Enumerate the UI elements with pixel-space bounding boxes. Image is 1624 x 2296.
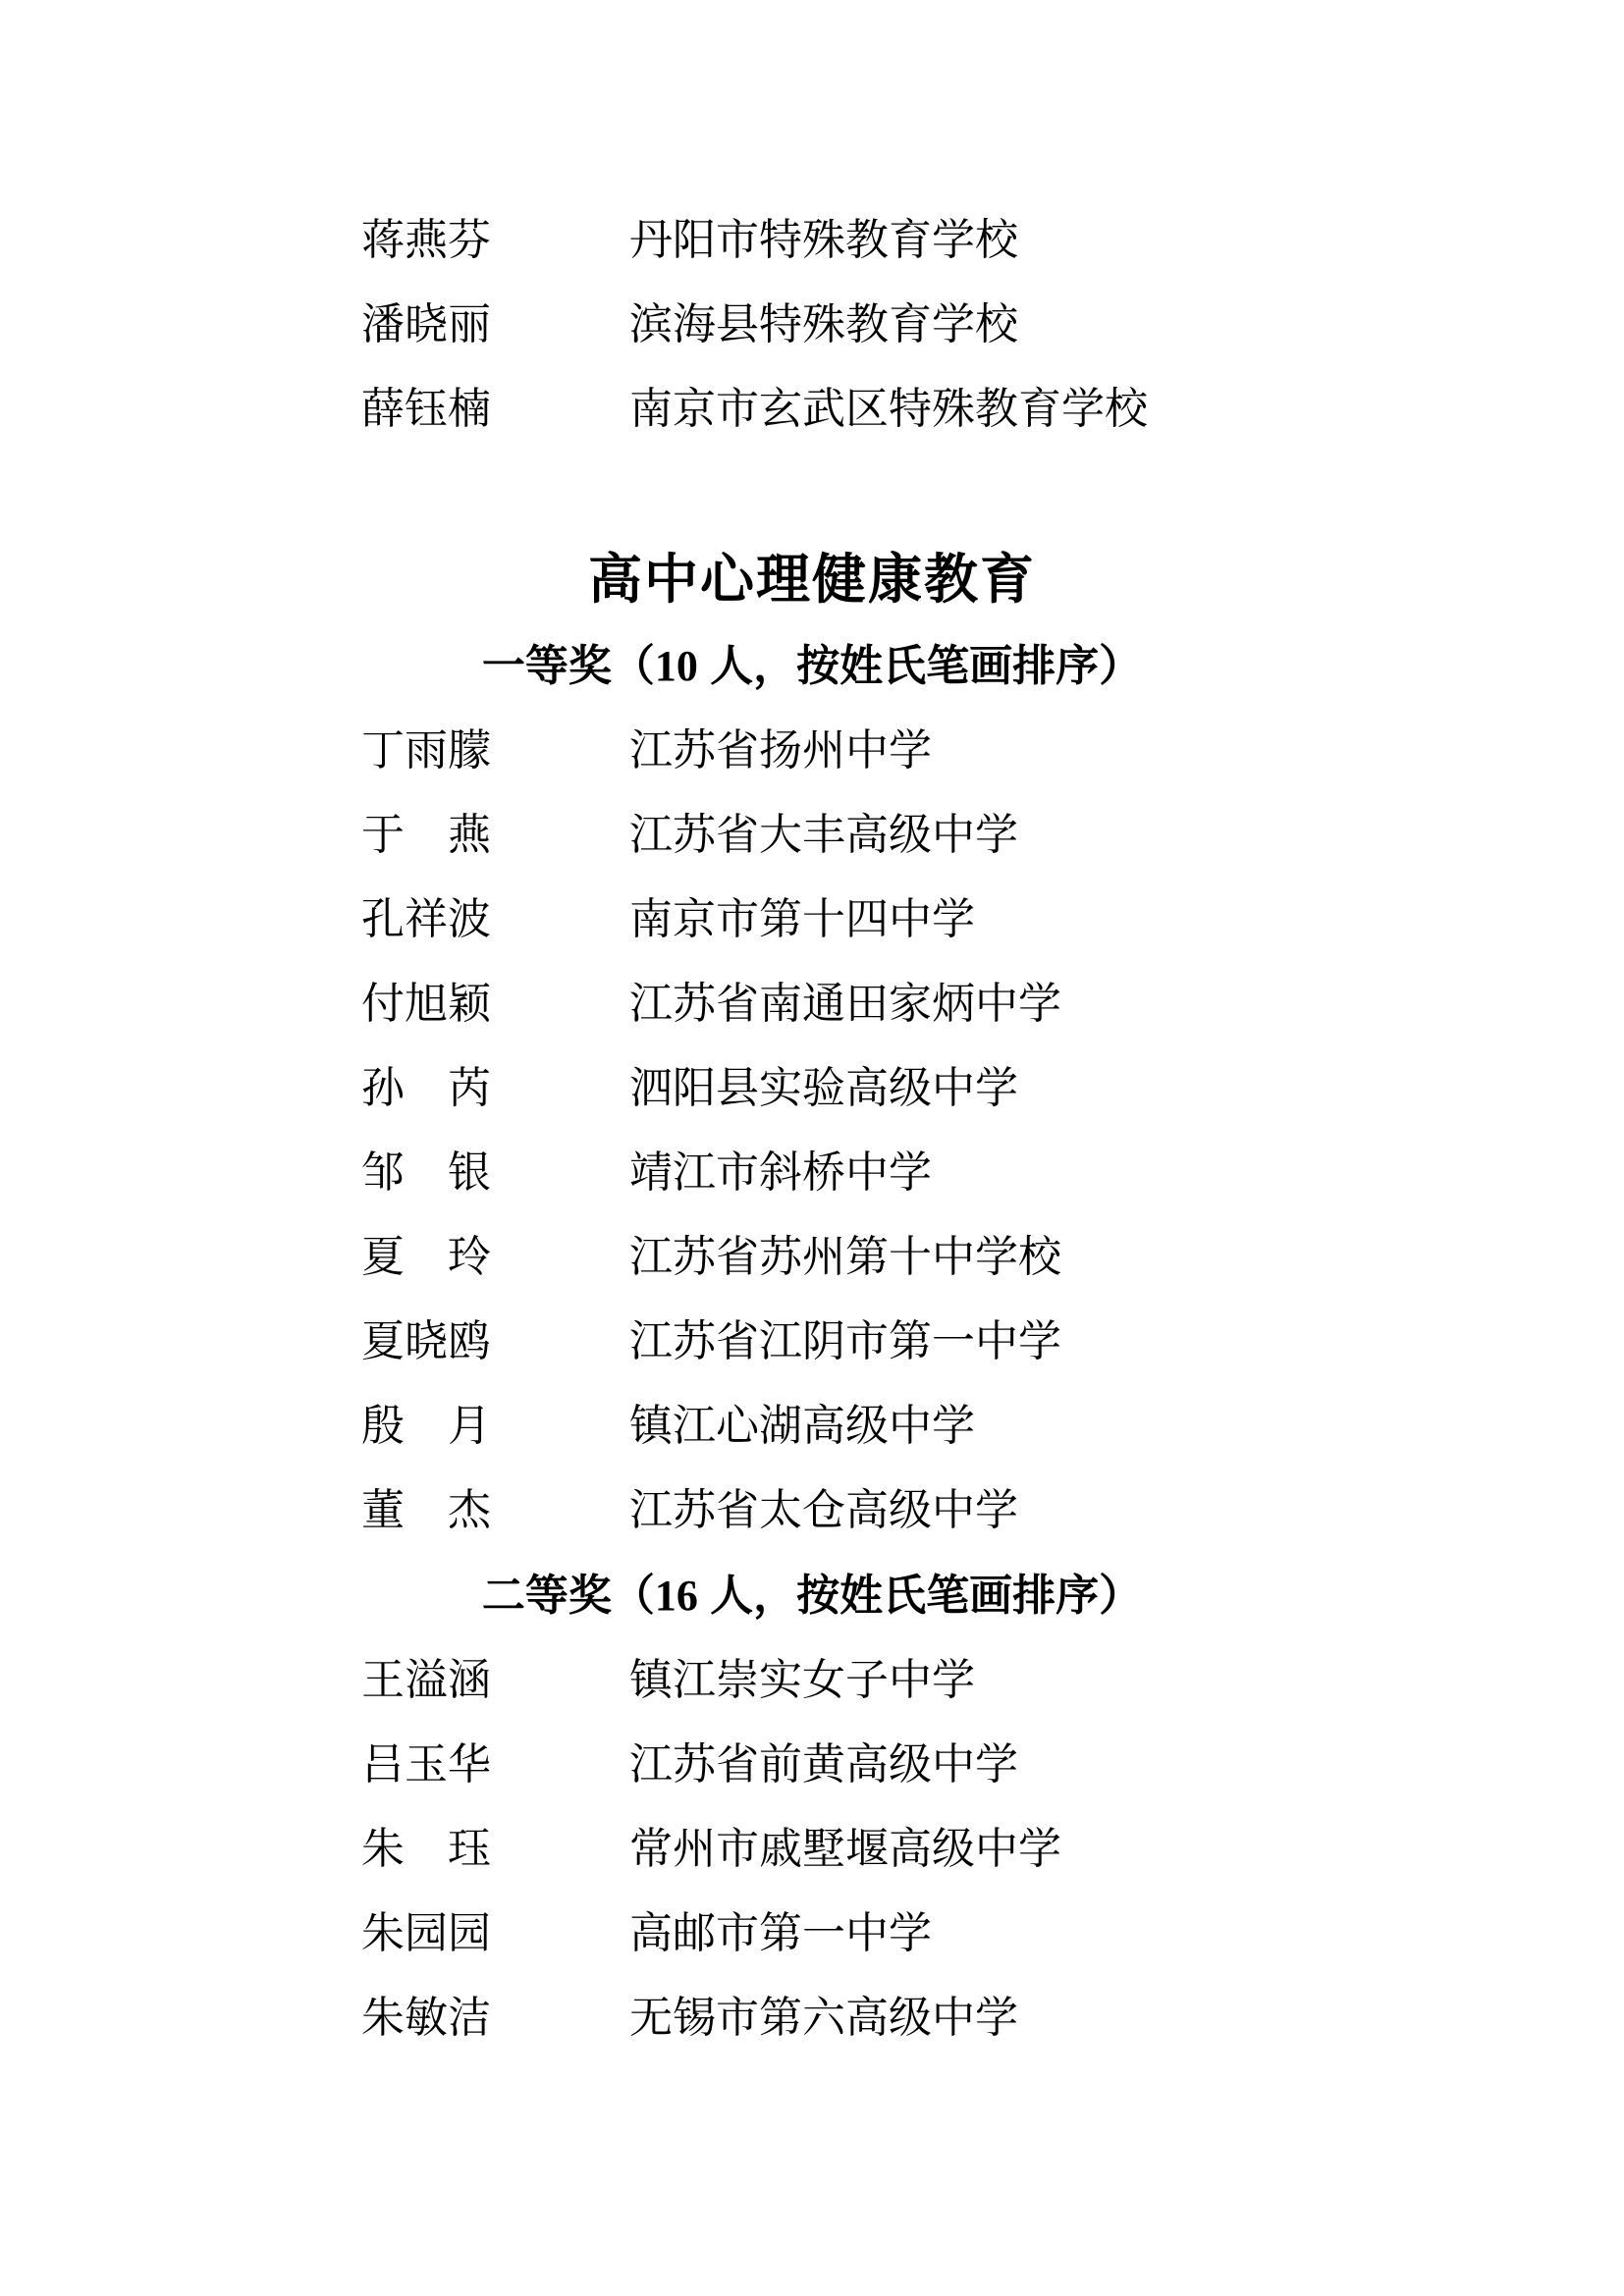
award-row: 董 杰 江苏省太仓高级中学 <box>0 1468 1624 1553</box>
first-prize-label-suffix: 人，按姓氏笔画排序） <box>698 645 1142 688</box>
awardee-name: 邹 银 <box>361 1151 629 1195</box>
award-row: 朱 珏 常州市戚墅堰高级中学 <box>0 1807 1624 1892</box>
awardee-name: 夏晓鸥 <box>361 1320 629 1363</box>
second-prize-heading: 二等奖（16 人，按姓氏笔画排序） <box>0 1553 1624 1638</box>
school-name: 无锡市第六高级中学 <box>629 1997 1018 2040</box>
awardee-name: 董 杰 <box>361 1489 629 1532</box>
awardee-name: 夏 玲 <box>361 1236 629 1279</box>
awardee-name: 薛钰楠 <box>361 388 629 431</box>
school-name: 靖江市斜桥中学 <box>629 1151 932 1195</box>
school-name: 江苏省江阴市第一中学 <box>629 1320 1061 1363</box>
document-page: 蒋燕芬 丹阳市特殊教育学校 潘晓丽 滨海县特殊教育学校 薛钰楠 南京市玄武区特殊… <box>0 0 1624 2296</box>
school-name: 高邮市第一中学 <box>629 1912 932 1955</box>
award-row: 朱敏洁 无锡市第六高级中学 <box>0 1976 1624 2060</box>
school-name: 南京市玄武区特殊教育学校 <box>629 388 1148 431</box>
award-row: 薛钰楠 南京市玄武区特殊教育学校 <box>0 367 1624 452</box>
award-row: 夏晓鸥 江苏省江阴市第一中学 <box>0 1300 1624 1384</box>
awardee-name: 王溢涵 <box>361 1659 629 1702</box>
award-row: 夏 玲 江苏省苏州第十中学校 <box>0 1215 1624 1300</box>
award-row: 丁雨朦 江苏省扬州中学 <box>0 709 1624 793</box>
awardee-name: 付旭颖 <box>361 983 629 1026</box>
school-name: 丹阳市特殊教育学校 <box>629 219 1018 262</box>
awardee-name: 丁雨朦 <box>361 729 629 773</box>
second-prize-label-prefix: 二等奖（ <box>482 1575 655 1618</box>
school-name: 江苏省苏州第十中学校 <box>629 1236 1061 1279</box>
award-row: 殷 月 镇江心湖高级中学 <box>0 1384 1624 1468</box>
school-name: 泗阳县实验高级中学 <box>629 1067 1018 1110</box>
awardee-name: 孔祥波 <box>361 898 629 941</box>
second-prize-label-suffix: 人，按姓氏笔画排序） <box>698 1575 1142 1618</box>
school-name: 江苏省大丰高级中学 <box>629 814 1018 857</box>
awardee-name: 吕玉华 <box>361 1743 629 1787</box>
school-name: 南京市第十四中学 <box>629 898 975 941</box>
award-row: 于 燕 江苏省大丰高级中学 <box>0 793 1624 878</box>
section-gap <box>0 452 1624 535</box>
award-row: 朱园园 高邮市第一中学 <box>0 1892 1624 1976</box>
first-prize-heading: 一等奖（10 人，按姓氏笔画排序） <box>0 623 1624 709</box>
award-row: 孔祥波 南京市第十四中学 <box>0 878 1624 962</box>
award-row: 吕玉华 江苏省前黄高级中学 <box>0 1723 1624 1807</box>
school-name: 镇江心湖高级中学 <box>629 1405 975 1448</box>
awardee-name: 孙 芮 <box>361 1067 629 1110</box>
awardee-name: 朱 珏 <box>361 1828 629 1871</box>
school-name: 江苏省前黄高级中学 <box>629 1743 1018 1787</box>
award-row: 潘晓丽 滨海县特殊教育学校 <box>0 283 1624 367</box>
second-prize-count: 16 <box>655 1575 698 1618</box>
school-name: 常州市戚墅堰高级中学 <box>629 1828 1061 1871</box>
award-row: 蒋燕芬 丹阳市特殊教育学校 <box>0 198 1624 283</box>
award-row: 王溢涵 镇江崇实女子中学 <box>0 1638 1624 1723</box>
first-prize-label-prefix: 一等奖（ <box>482 645 655 688</box>
school-name: 江苏省扬州中学 <box>629 729 932 773</box>
school-name: 江苏省太仓高级中学 <box>629 1489 1018 1532</box>
award-row: 邹 银 靖江市斜桥中学 <box>0 1131 1624 1215</box>
awardee-name: 蒋燕芬 <box>361 219 629 262</box>
first-prize-count: 10 <box>655 645 698 688</box>
awardee-name: 朱园园 <box>361 1912 629 1955</box>
awardee-name: 于 燕 <box>361 814 629 857</box>
award-row: 付旭颖 江苏省南通田家炳中学 <box>0 962 1624 1046</box>
award-row: 孙 芮 泗阳县实验高级中学 <box>0 1046 1624 1131</box>
awardee-name: 朱敏洁 <box>361 1997 629 2040</box>
awardee-name: 殷 月 <box>361 1405 629 1448</box>
section-title: 高中心理健康教育 <box>0 535 1624 623</box>
school-name: 江苏省南通田家炳中学 <box>629 983 1061 1026</box>
school-name: 镇江崇实女子中学 <box>629 1659 975 1702</box>
awardee-name: 潘晓丽 <box>361 303 629 347</box>
school-name: 滨海县特殊教育学校 <box>629 303 1018 347</box>
